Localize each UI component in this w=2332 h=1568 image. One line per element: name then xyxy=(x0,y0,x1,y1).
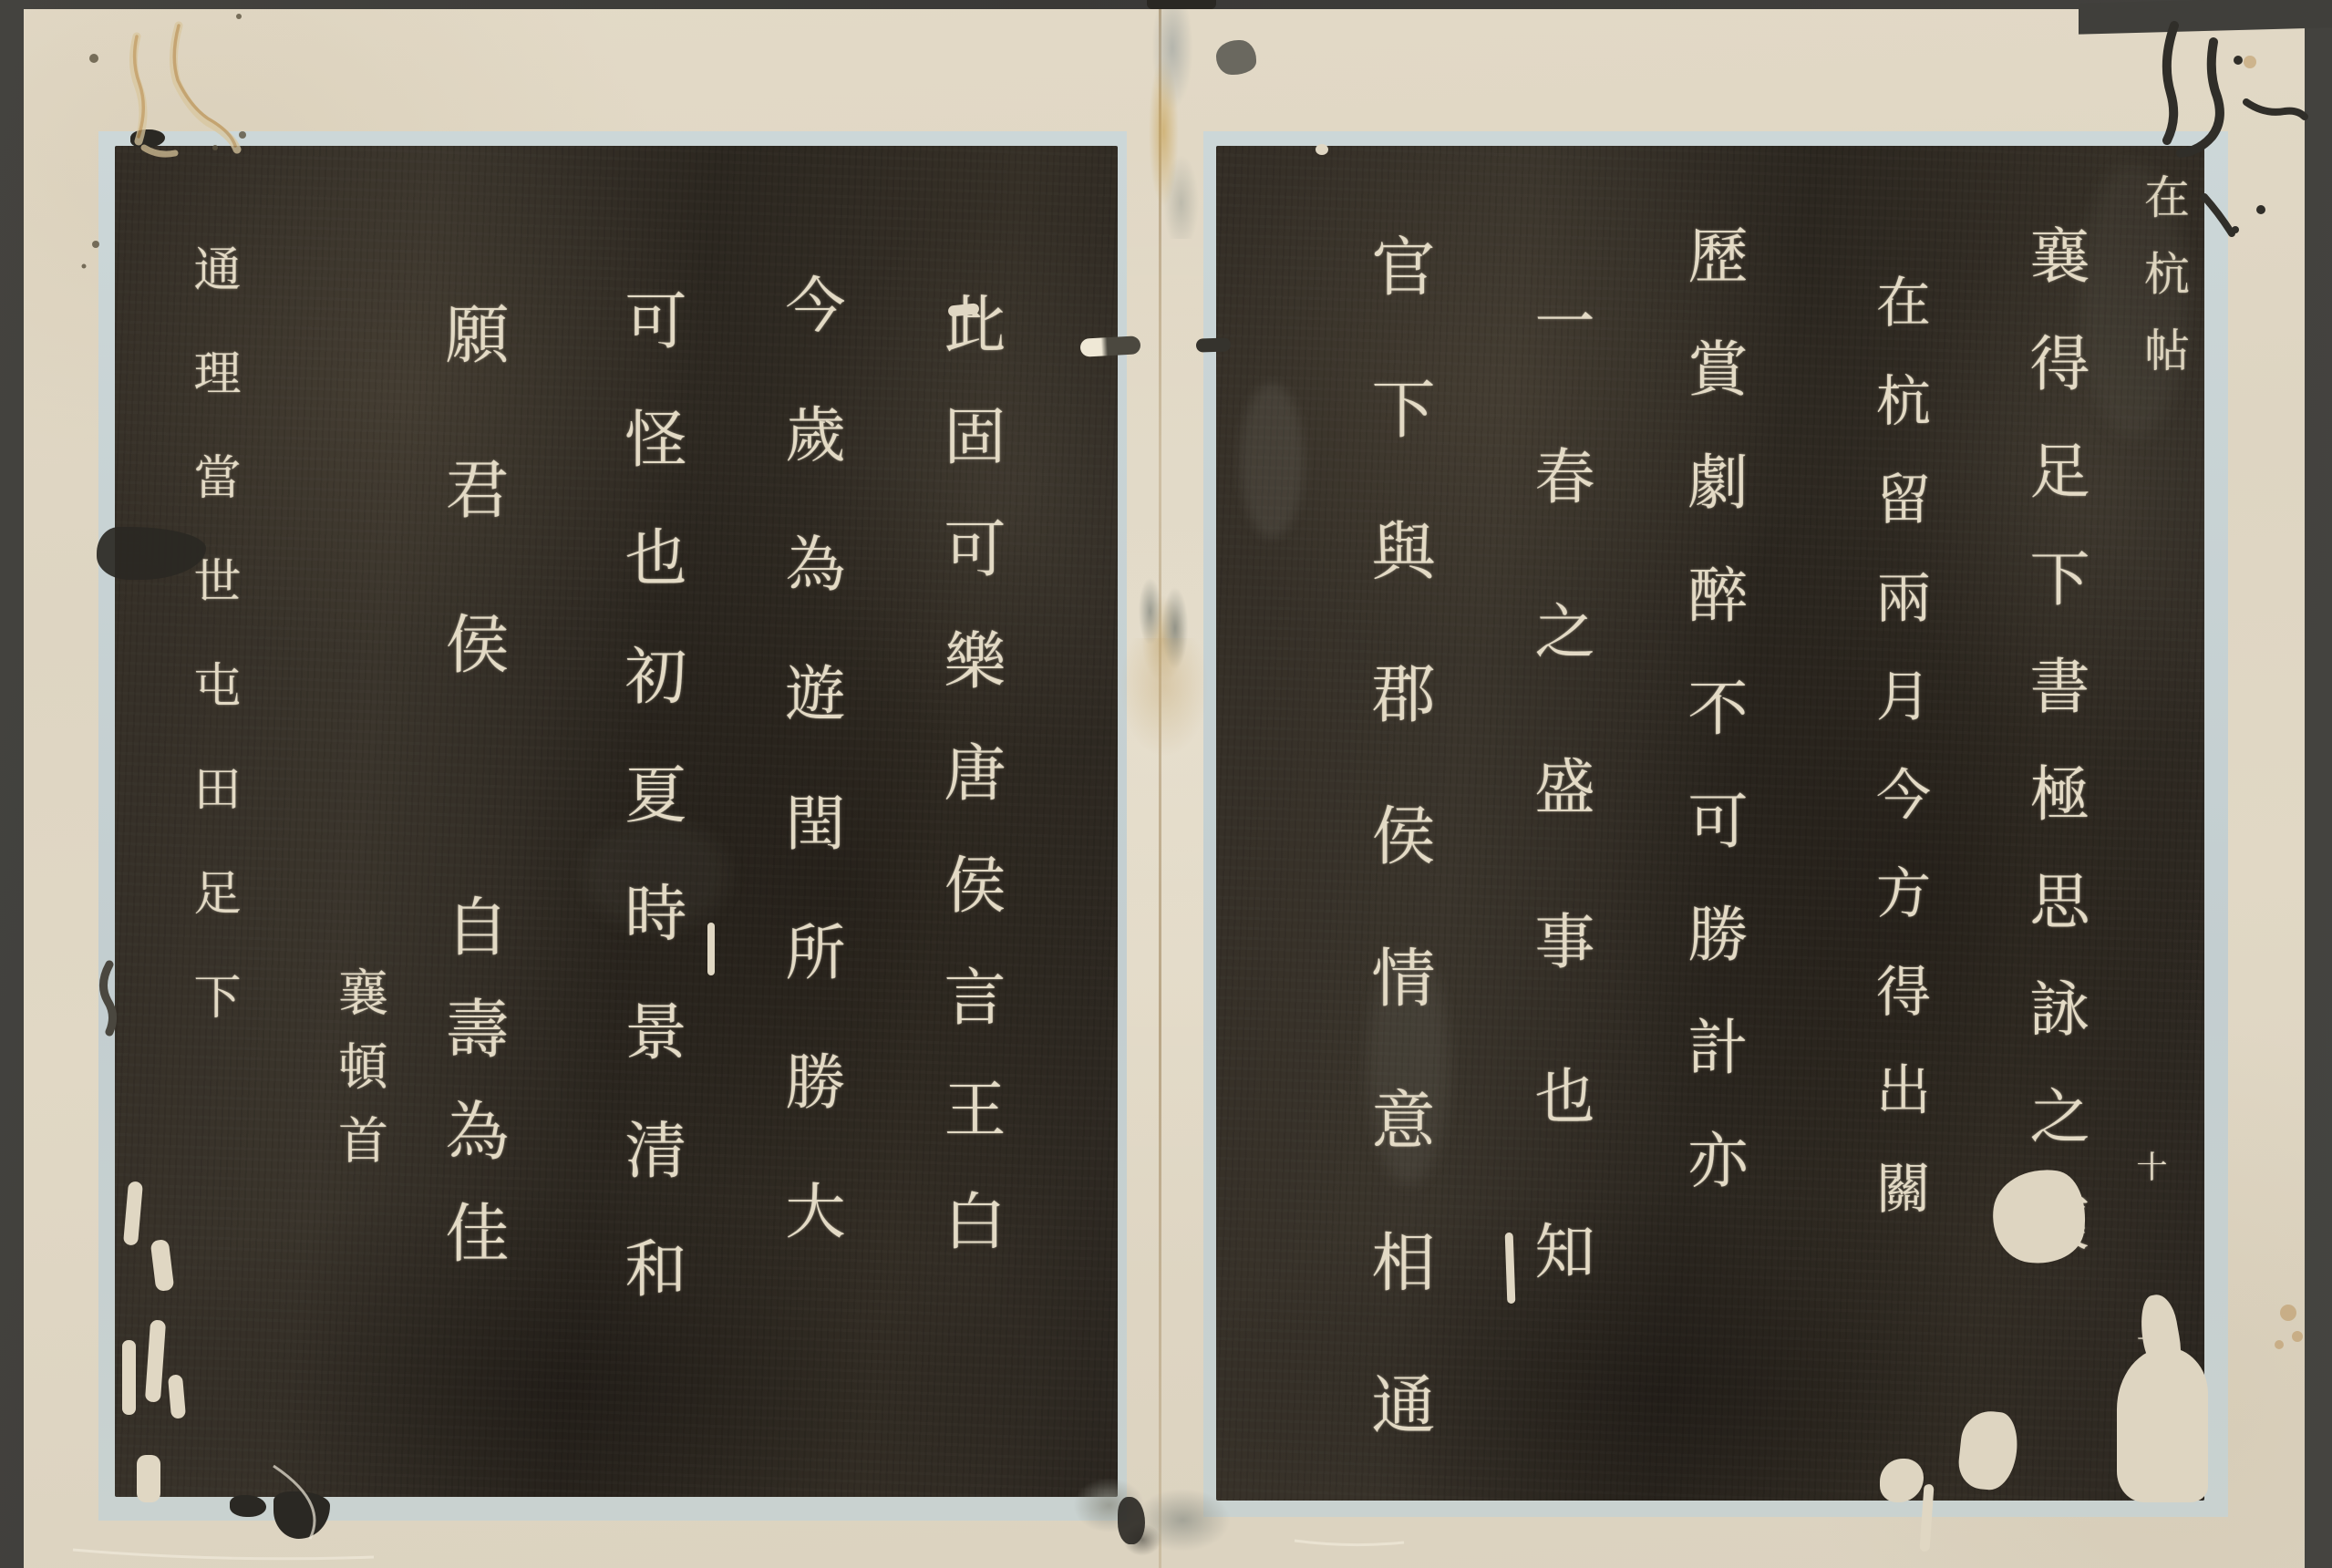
calligraphy-column-right-1: 襄得足下書極思詠之懷 xyxy=(2024,224,2084,1300)
calligraphy-column-right-2: 在杭留兩月今方得出關 xyxy=(1872,273,1926,1258)
calligraphy-column-left-4-lower: 自壽為佳 xyxy=(440,893,504,1302)
address-column: 通理當世屯田足下 xyxy=(189,244,236,1076)
album-title-column: 在杭帖 xyxy=(2141,173,2186,403)
margin-collation-mark: 十 xyxy=(2133,1324,2168,1358)
margin-collation-mark: 十 xyxy=(2133,1150,2164,1181)
ink-blob-top-seam xyxy=(1147,0,1216,9)
calligraphy-column-left-1: 此固可樂唐侯言王白 xyxy=(938,292,1000,1301)
calligraphy-column-left-4-upper: 願君侯 xyxy=(440,301,504,766)
scan-photo: 在杭帖 襄得足下書極思詠之懷 在杭留兩月今方得出關 歷賞劇醉不可勝計亦 一春之盛… xyxy=(0,0,2332,1568)
signature-column: 襄頓首 xyxy=(334,966,384,1188)
calligraphy-column-left-3: 可怪也初夏時景清和 xyxy=(619,288,681,1355)
calligraphy-column-left-2: 今歲為遊閏所勝大 xyxy=(779,273,840,1309)
calligraphy-column-right-3: 歷賞劇醉不可勝計亦 xyxy=(1682,224,1742,1242)
center-fold-line xyxy=(1159,0,1161,1568)
calligraphy-column-right-4: 一春之盛事也知 xyxy=(1529,290,1589,1375)
calligraphy-column-right-5: 官下與郡侯情意相通 xyxy=(1367,233,1430,1513)
